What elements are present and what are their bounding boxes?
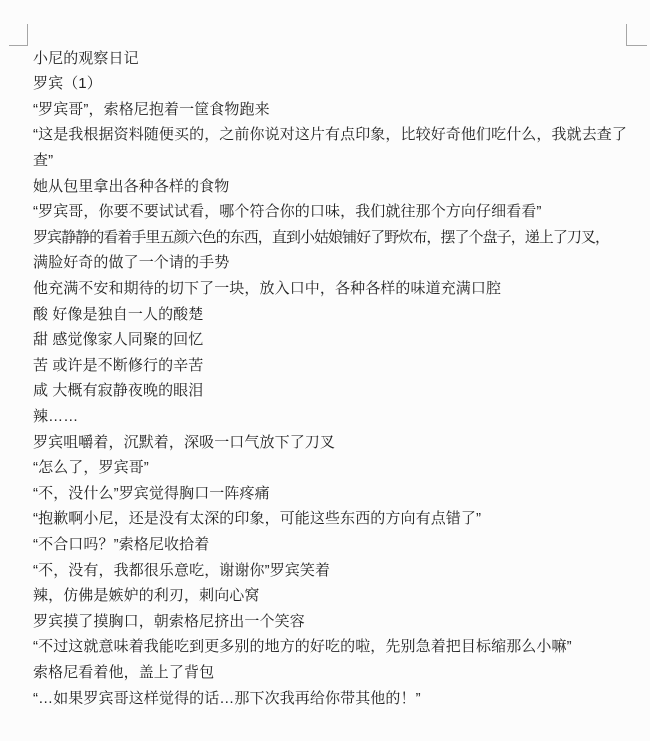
- text-line: “不合口吗？”索格尼收拾着: [33, 532, 639, 558]
- text-line: “罗宾哥，你要不要试试看，哪个符合你的口味，我们就往那个方向仔细看看”: [33, 199, 639, 225]
- text-line: “不，没有，我都很乐意吃，谢谢你”罗宾笑着: [33, 558, 639, 584]
- text-line: 罗宾静静的看着手里五颜六色的东西，直到小姑娘铺好了野炊布，摆了个盘子，递上了刀叉…: [33, 225, 639, 251]
- text-line: 小尼的观察日记: [33, 46, 639, 72]
- text-line: 辣……: [33, 404, 639, 430]
- text-line: 罗宾咀嚼着，沉默着，深吸一口气放下了刀叉: [33, 430, 639, 456]
- text-line: 他充满不安和期待的切下了一块，放入口中，各种各样的味道充满口腔: [33, 276, 639, 302]
- text-line: 甜 感觉像家人同聚的回忆: [33, 327, 639, 353]
- page-margin-mark-top-right: [626, 24, 647, 46]
- text-line: “这是我根据资料随便买的，之前你说对这片有点印象，比较好奇他们吃什么，我就去查了: [33, 122, 639, 148]
- text-line: 她从包里拿出各种各样的食物: [33, 174, 639, 200]
- text-line: “怎么了，罗宾哥”: [33, 455, 639, 481]
- text-line: “抱歉啊小尼，还是没有太深的印象，可能这些东西的方向有点错了”: [33, 506, 639, 532]
- text-line: 辣，仿佛是嫉妒的利刃，刺向心窝: [33, 583, 639, 609]
- text-line: 罗宾摸了摸胸口，朝索格尼挤出一个笑容: [33, 609, 639, 635]
- text-line: “罗宾哥”，索格尼抱着一筐食物跑来: [33, 97, 639, 123]
- text-line: 罗宾（1）: [33, 71, 639, 97]
- text-line: 酸 好像是独自一人的酸楚: [33, 302, 639, 328]
- text-line: “不，没什么”罗宾觉得胸口一阵疼痛: [33, 481, 639, 507]
- text-line: 咸 大概有寂静夜晚的眼泪: [33, 378, 639, 404]
- text-line: “不过这就意味着我能吃到更多别的地方的好吃的啦，先别急着把目标缩那么小嘛”: [33, 634, 639, 660]
- text-line: 索格尼看着他，盖上了背包: [33, 660, 639, 686]
- page-margin-mark-top-left: [9, 24, 28, 46]
- text-line: “…如果罗宾哥这样觉得的话…那下次我再给你带其他的！”: [33, 686, 639, 712]
- document-page: 小尼的观察日记罗宾（1）“罗宾哥”，索格尼抱着一筐食物跑来“这是我根据资料随便买…: [0, 0, 650, 741]
- text-line: 满脸好奇的做了一个请的手势: [33, 250, 639, 276]
- document-body: 小尼的观察日记罗宾（1）“罗宾哥”，索格尼抱着一筐食物跑来“这是我根据资料随便买…: [33, 46, 639, 711]
- text-line: 查”: [33, 148, 639, 174]
- text-line: 苦 或许是不断修行的辛苦: [33, 353, 639, 379]
